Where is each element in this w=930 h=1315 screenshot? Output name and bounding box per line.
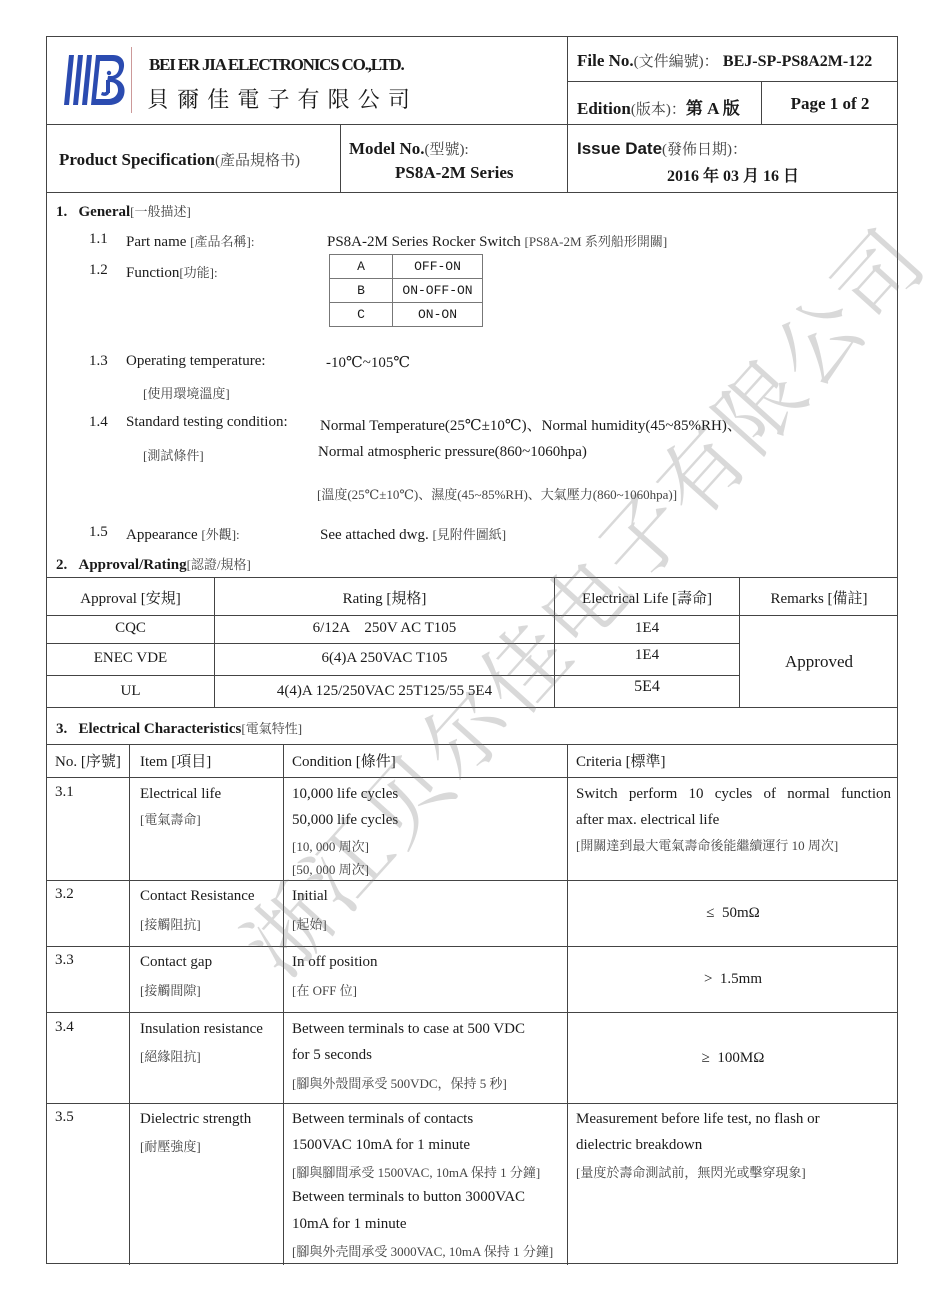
life-col-header: Electrical Life [壽命] xyxy=(555,587,739,608)
divider xyxy=(47,946,898,947)
page-number: Page 1 of 2 xyxy=(762,94,898,114)
bej-logo-icon xyxy=(63,51,129,109)
function-key: C xyxy=(330,303,393,327)
testing-condition-label-zh: [測試條件] xyxy=(143,445,204,464)
issue-date-label-row: Issue Date(發佈日期)： xyxy=(577,138,747,159)
item-no: 1.4 xyxy=(89,414,108,431)
remarks-col-header: Remarks [備註] xyxy=(740,587,898,608)
function-value: ON-ON xyxy=(393,303,483,327)
approval-cell: UL xyxy=(47,683,214,700)
testing-condition-label: Standard testing condition: xyxy=(126,414,288,431)
section-title-zh: [一般描述] xyxy=(130,204,191,219)
section-approval-heading: 2. Approval/Rating[認證/規格] xyxy=(56,554,251,574)
label-zh: [外觀]: xyxy=(201,527,239,542)
divider xyxy=(283,744,284,1265)
section-title-zh: [認證/規格] xyxy=(187,557,251,572)
row-item: Electrical life xyxy=(140,786,221,803)
company-name-en: BEI ER JIA ELECTRONICS CO.,LTD. xyxy=(149,55,404,75)
section-title-zh: [電氣特性] xyxy=(241,721,302,736)
row-condition: Between terminals to button 3000VAC xyxy=(292,1189,525,1206)
remarks-cell: Approved xyxy=(740,652,898,672)
operating-temp-label: Operating temperature: xyxy=(126,353,266,370)
row-condition-zh: [10, 000 周次] xyxy=(292,836,369,855)
value: See attached dwg. xyxy=(320,527,432,543)
approval-col-header: Approval [安規] xyxy=(47,587,214,608)
section-number: 1. xyxy=(56,204,67,220)
product-spec-label: Product Specification xyxy=(59,150,215,169)
row-condition-zh: [在 OFF 位] xyxy=(292,980,357,999)
row-condition: for 5 seconds xyxy=(292,1047,372,1064)
row-item-zh: [耐壓強度] xyxy=(140,1136,201,1155)
rating-cell: 6(4)A 250VAC T105 xyxy=(215,650,554,667)
section-number: 2. xyxy=(56,557,67,573)
issue-date-label: Issue Date xyxy=(577,139,662,158)
section-electrical-heading: 3. Electrical Characteristics[電氣特性] xyxy=(56,718,302,738)
row-criteria: after max. electrical life xyxy=(576,812,719,829)
divider xyxy=(129,744,130,1265)
section-title: Approval/Rating xyxy=(79,557,187,573)
row-condition-zh: [腳與腳間承受 1500VAC, 10mA 保持 1 分鐘] xyxy=(292,1162,540,1181)
approval-cell: ENEC VDE xyxy=(47,650,214,667)
divider xyxy=(47,192,898,193)
divider xyxy=(47,1103,898,1104)
divider xyxy=(47,1012,898,1013)
model-label-zh: (型號): xyxy=(425,142,469,158)
row-criteria: Switch perform 10 cycles of normal funct… xyxy=(576,786,891,803)
row-no: 3.2 xyxy=(55,886,74,903)
row-condition: 1500VAC 10mA for 1 minute xyxy=(292,1137,470,1154)
label-zh: [功能]: xyxy=(179,265,217,280)
label-zh: [產品名稱]: xyxy=(190,234,254,249)
rating-col-header: Rating [規格] xyxy=(215,587,554,608)
item-no: 1.1 xyxy=(89,231,108,248)
no-col-header: No. [序號] xyxy=(55,750,121,771)
label: Appearance xyxy=(126,527,198,543)
function-key: B xyxy=(330,279,393,303)
item-no: 1.2 xyxy=(89,262,108,279)
row-item: Contact gap xyxy=(140,954,212,971)
edition-label-zh: (版本)： xyxy=(631,102,686,118)
item-no: 1.3 xyxy=(89,353,108,370)
value-zh: [見附件圖紙] xyxy=(432,527,506,542)
row-criteria: > 1.5mm xyxy=(568,971,898,988)
row-condition-zh: [起始] xyxy=(292,914,327,933)
divider xyxy=(47,744,898,745)
model-label: Model No. xyxy=(349,139,425,158)
row-criteria-zh: [量度於壽命測試前，無閃光或擊穿現象] xyxy=(576,1162,806,1181)
spec-sheet: BEI ER JIA ELECTRONICS CO.,LTD. 貝 爾 佳 電 … xyxy=(46,36,898,1264)
rating-cell: 4(4)A 125/250VAC 25T125/55 5E4 xyxy=(215,683,554,700)
product-specification: Product Specification(產品規格书) xyxy=(59,149,300,170)
edition: Edition(版本)：第 A 版 xyxy=(577,94,740,119)
edition-value: 第 A 版 xyxy=(686,99,740,118)
divider xyxy=(47,707,898,708)
row-no: 3.4 xyxy=(55,1019,74,1036)
file-no-label-zh: (文件編號)： xyxy=(634,54,719,70)
testing-condition-value: Normal Temperature(25℃±10℃)、Normal humid… xyxy=(320,414,742,435)
divider xyxy=(47,675,739,676)
company-name-zh: 貝 爾 佳 電 子 有 限 公 司 xyxy=(147,83,411,114)
life-cell: 1E4 xyxy=(555,647,739,664)
row-criteria: ≤ 50mΩ xyxy=(568,905,898,922)
appearance-value: See attached dwg. [見附件圖紙] xyxy=(320,524,506,544)
model-label-row: Model No.(型號): xyxy=(349,138,469,159)
condition-col-header: Condition [條件] xyxy=(292,750,396,771)
function-row: BON-OFF-ON xyxy=(330,279,483,303)
item-col-header: Item [項目] xyxy=(140,750,211,771)
item-no: 1.5 xyxy=(89,524,108,541)
part-name-value: PS8A-2M Series Rocker Switch [PS8A-2M 系列… xyxy=(327,231,667,251)
file-no: File No.(文件編號)： BEJ-SP-PS8A2M-122 xyxy=(577,50,872,71)
row-condition: 50,000 life cycles xyxy=(292,812,398,829)
divider xyxy=(47,577,898,578)
part-name-label: Part name [產品名稱]: xyxy=(126,231,254,251)
operating-temp-value: -10℃~105℃ xyxy=(326,353,410,372)
divider xyxy=(47,643,739,644)
function-value: OFF-ON xyxy=(393,255,483,279)
row-item-zh: [接觸阻抗] xyxy=(140,914,201,933)
edition-label: Edition xyxy=(577,99,631,118)
section-general-heading: 1. General[一般描述] xyxy=(56,201,191,221)
value: PS8A-2M Series Rocker Switch xyxy=(327,234,521,250)
function-row: CON-ON xyxy=(330,303,483,327)
label: Function xyxy=(126,265,179,281)
label: Part name xyxy=(126,234,186,250)
testing-condition-value-2: Normal atmospheric pressure(860~1060hpa) xyxy=(318,444,587,461)
row-criteria: Measurement before life test, no flash o… xyxy=(576,1111,820,1128)
issue-date-label-zh: (發佈日期)： xyxy=(662,142,747,158)
divider xyxy=(340,124,341,192)
rating-cell: 6/12A 250V AC T105 xyxy=(215,620,554,637)
row-item: Contact Resistance xyxy=(140,888,255,905)
row-condition: Initial xyxy=(292,888,328,905)
row-criteria-zh: [開關達到最大電氣壽命後能繼續運行 10 周次] xyxy=(576,835,838,854)
function-value: ON-OFF-ON xyxy=(393,279,483,303)
row-criteria: ≥ 100MΩ xyxy=(568,1050,898,1067)
divider xyxy=(567,81,898,82)
row-item: Dielectric strength xyxy=(140,1111,251,1128)
row-condition-zh: [腳與外壳間承受 3000VAC, 10mA 保持 1 分鐘] xyxy=(292,1241,553,1260)
row-condition: In off position xyxy=(292,954,378,971)
appearance-label: Appearance [外觀]: xyxy=(126,524,240,544)
row-item: Insulation resistance xyxy=(140,1021,263,1038)
testing-condition-value-zh: [溫度(25℃±10℃)、濕度(45~85%RH)、大氣壓力(860~1060h… xyxy=(317,484,677,503)
function-table: AOFF-ON BON-OFF-ON CON-ON xyxy=(329,254,483,327)
model-value: PS8A-2M Series xyxy=(395,163,514,183)
row-condition: Between terminals of contacts xyxy=(292,1111,473,1128)
approval-cell: CQC xyxy=(47,620,214,637)
product-spec-label-zh: (產品規格书) xyxy=(215,153,300,169)
divider xyxy=(47,777,898,778)
row-item-zh: [電氣壽命] xyxy=(140,809,201,828)
row-condition: 10mA for 1 minute xyxy=(292,1216,407,1233)
row-no: 3.5 xyxy=(55,1109,74,1126)
row-item-zh: [絕緣阻抗] xyxy=(140,1046,201,1065)
row-no: 3.3 xyxy=(55,952,74,969)
row-item-zh: [接觸間隙] xyxy=(140,980,201,999)
row-condition-zh: [腳與外殼間承受 500VDC，保持 5 秒] xyxy=(292,1073,507,1092)
life-cell: 5E4 xyxy=(555,678,739,696)
issue-date-value: 2016 年 03 月 16 日 xyxy=(568,163,898,186)
life-cell: 1E4 xyxy=(555,620,739,637)
divider xyxy=(47,615,898,616)
section-title: General xyxy=(79,204,131,220)
operating-temp-label-zh: [使用環境溫度] xyxy=(143,383,230,402)
section-number: 3. xyxy=(56,721,67,737)
file-no-value: BEJ-SP-PS8A2M-122 xyxy=(723,53,872,70)
divider xyxy=(47,124,898,125)
logo-divider xyxy=(131,47,132,113)
value-zh: [PS8A-2M 系列船形開關] xyxy=(525,234,668,249)
row-no: 3.1 xyxy=(55,784,74,801)
divider xyxy=(567,744,568,1265)
row-condition: Between terminals to case at 500 VDC xyxy=(292,1021,525,1038)
function-row: AOFF-ON xyxy=(330,255,483,279)
section-title: Electrical Characteristics xyxy=(79,721,242,737)
row-condition-zh: [50, 000 周次] xyxy=(292,859,369,878)
row-condition: 10,000 life cycles xyxy=(292,786,398,803)
row-criteria: dielectric breakdown xyxy=(576,1137,702,1154)
divider xyxy=(47,880,898,881)
criteria-col-header: Criteria [標準] xyxy=(576,750,666,771)
function-label: Function[功能]: xyxy=(126,262,218,282)
file-no-label: File No. xyxy=(577,51,634,70)
function-key: A xyxy=(330,255,393,279)
